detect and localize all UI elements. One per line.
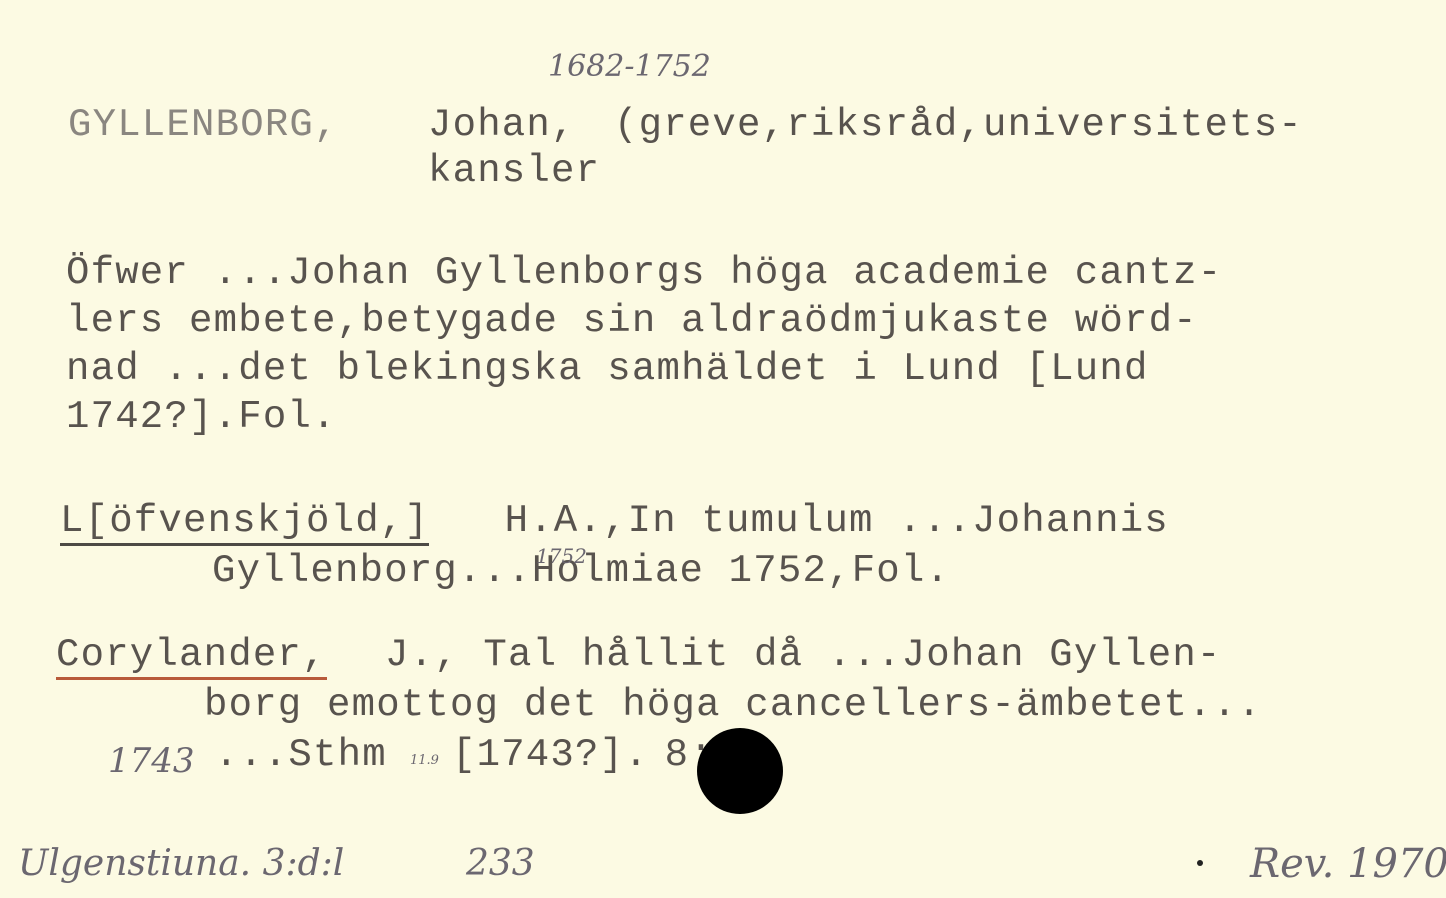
catalog-card: 1682-1752 GYLLENBORG, Johan, (greve,riks… [0, 0, 1446, 898]
entry-2-handwritten-note: 1752 [536, 546, 587, 566]
entry-1-line-2: lers embete,betygade sin aldraödmjukaste… [66, 302, 1198, 341]
handwritten-location: Ulgenstiuna. 3:d:l [18, 846, 344, 882]
entry-3-date-bracket: [1743?]. [452, 736, 649, 775]
heading-titles-continued: kansler [428, 152, 600, 191]
ink-dot [1197, 860, 1203, 866]
entry-3-author: Corylander, [56, 636, 327, 680]
heading-given-name: Johan, [428, 106, 576, 145]
entry-3-small-note: 11.9 [410, 754, 439, 767]
entry-3-title: J., Tal hållit då ...Johan Gyllen- [385, 636, 1222, 675]
entry-2-title: H.A.,In tumulum ...Johannis [480, 502, 1169, 541]
punch-hole [697, 728, 783, 814]
handwritten-number: 233 [466, 846, 535, 882]
entry-1-line-1: Öfwer ...Johan Gyllenborgs höga academie… [66, 254, 1222, 293]
handwritten-life-dates: 1682-1752 [548, 52, 711, 82]
heading-titles: (greve,riksråd,universitets- [614, 106, 1303, 145]
entry-3-imprint: ...Sthm [190, 736, 387, 775]
entry-1-line-3: nad ...det blekingska samhäldet i Lund [… [66, 350, 1149, 389]
entry-1-line-4: 1742?].Fol. [66, 398, 337, 437]
entry-2-author: L[öfvenskjöld,] [60, 502, 429, 546]
heading-surname: GYLLENBORG, [68, 106, 339, 145]
entry-3-handwritten-year: 1743 [108, 744, 195, 778]
handwritten-revision: Rev. 1970 [1250, 844, 1446, 884]
entry-3-line-2: borg emottog det höga cancellers-ämbetet… [204, 686, 1262, 725]
